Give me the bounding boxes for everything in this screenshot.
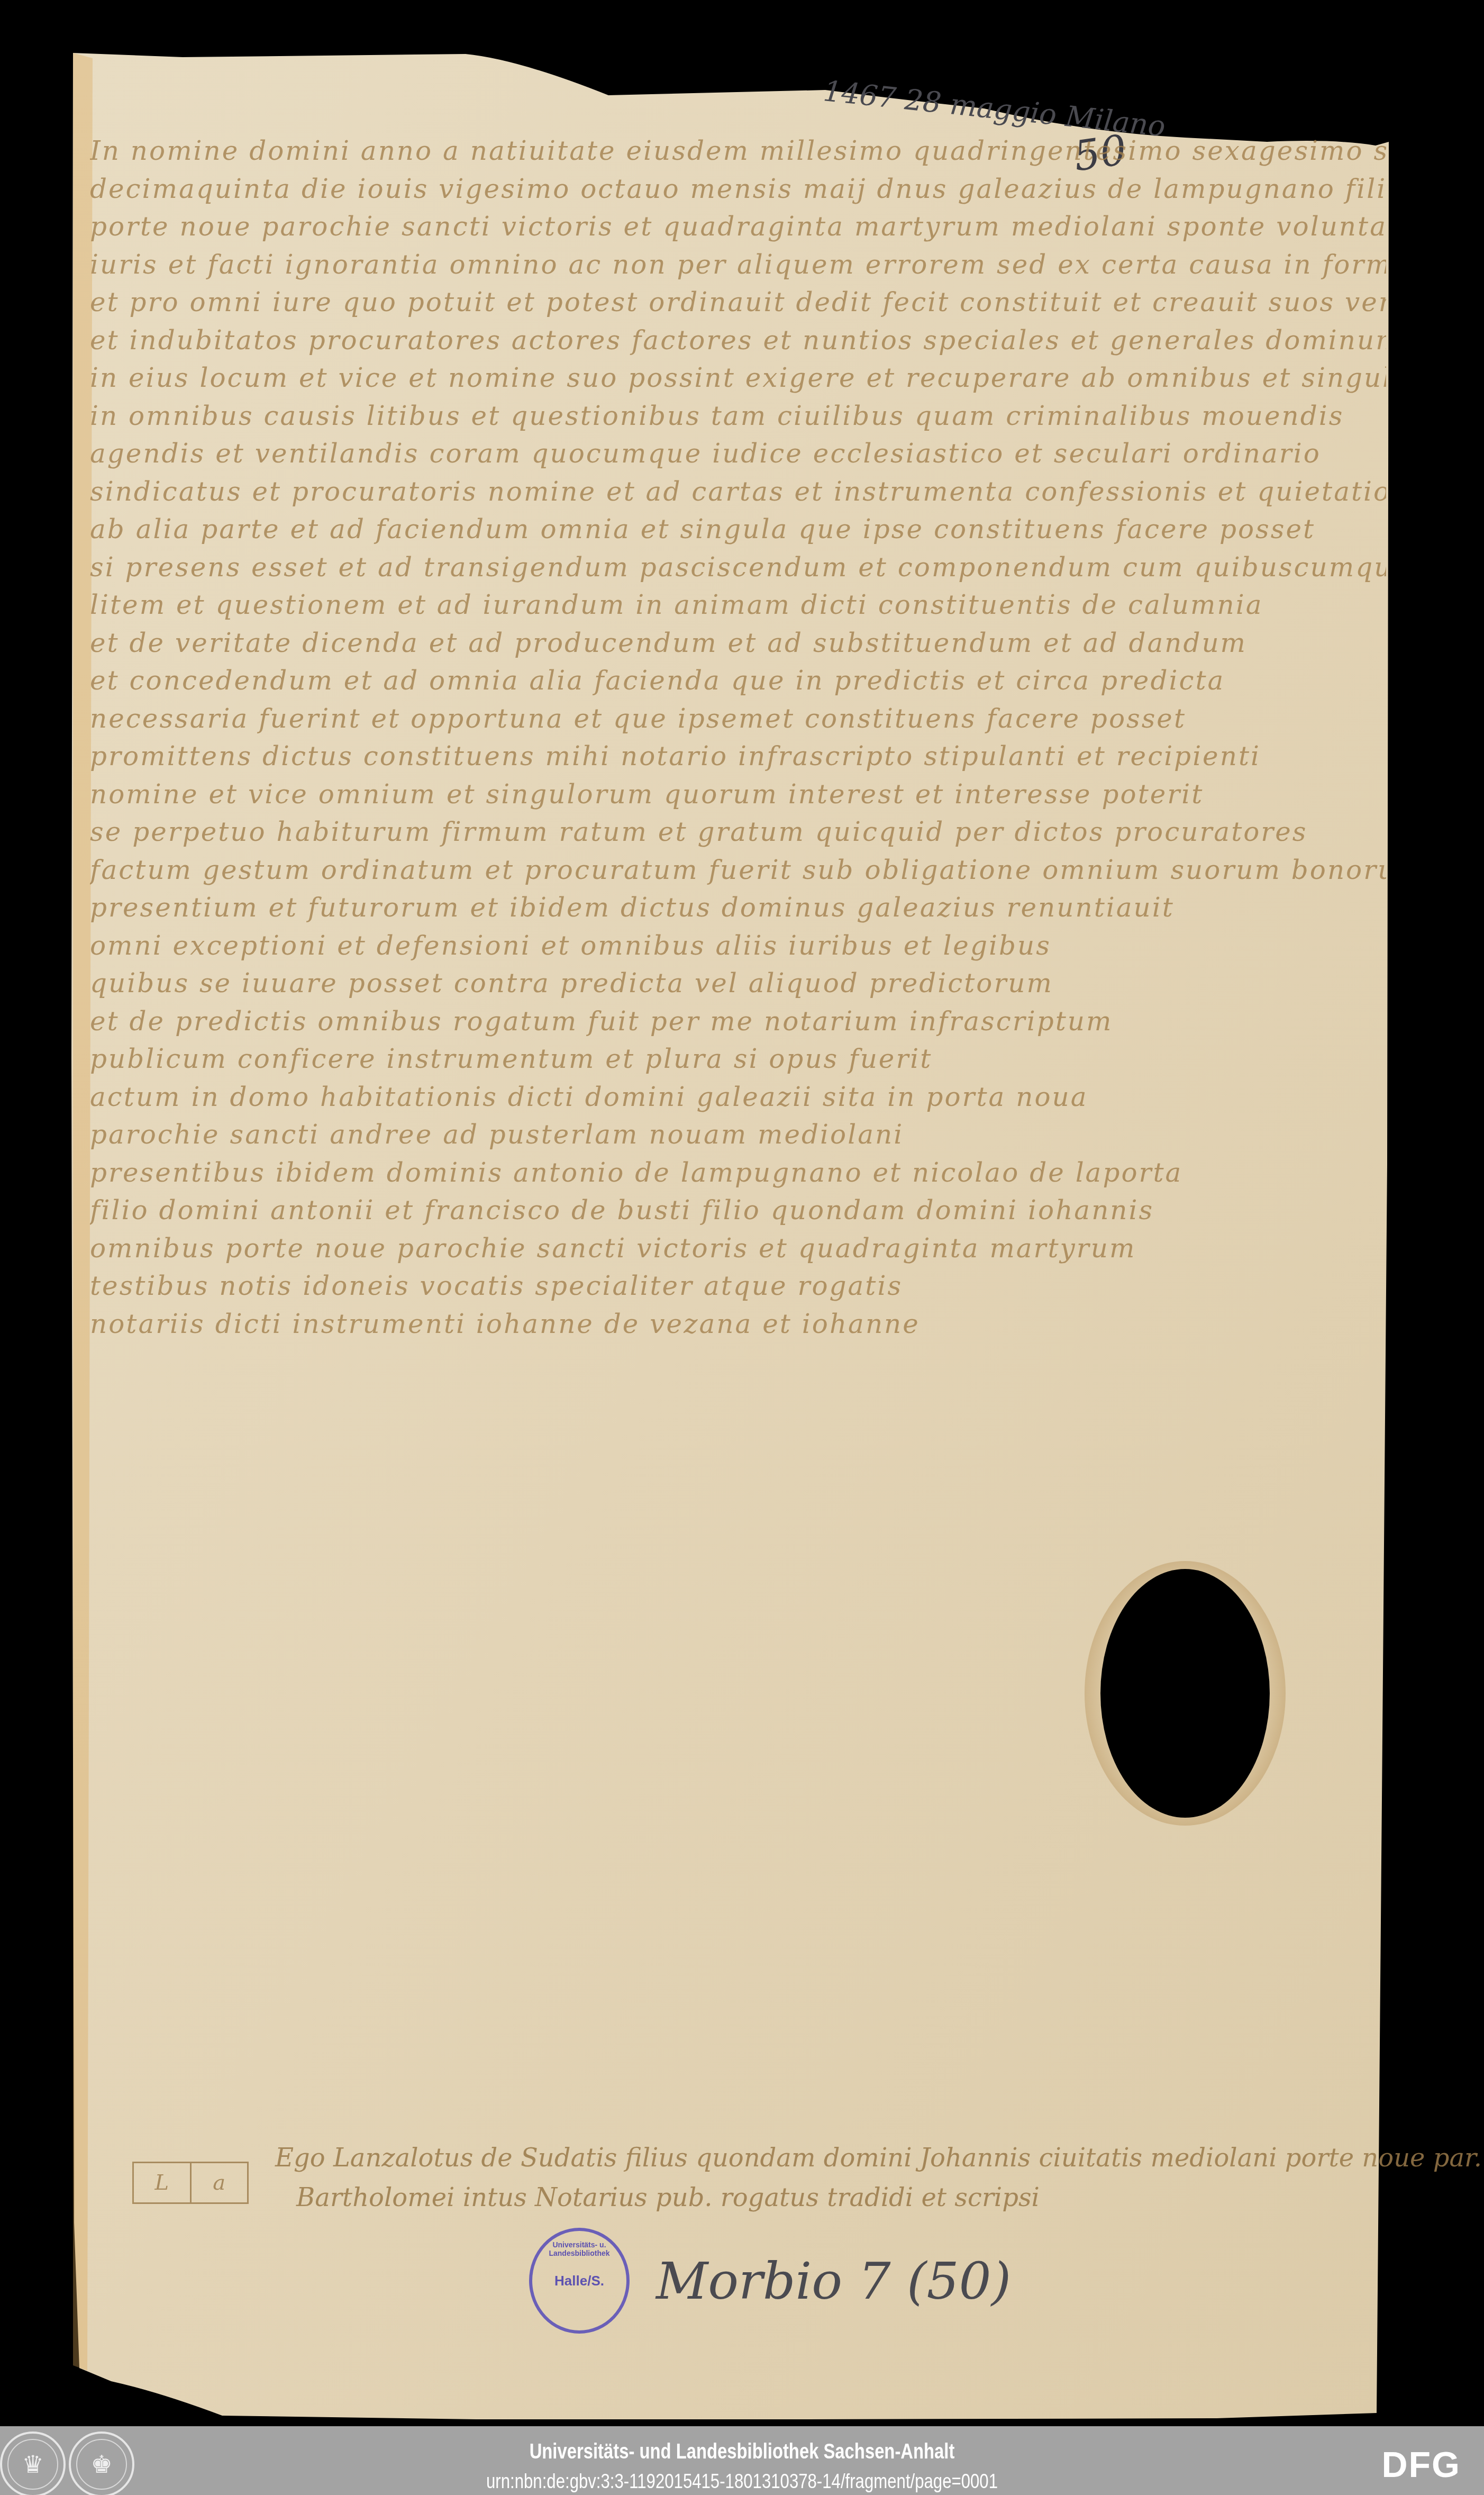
text-line: filio domini antonii et francisco de bus… [90, 1192, 1386, 1230]
text-line: sindicatus et procuratoris nomine et ad … [90, 473, 1386, 511]
text-line: omni exceptioni et defensioni et omnibus… [90, 927, 1386, 965]
text-line [90, 1759, 1386, 1798]
text-line: litem et questionem et ad iurandum in an… [90, 586, 1386, 624]
text-line [90, 2024, 1386, 2062]
notary-subscription-line-2: Bartholomei intus Notarius pub. rogatus … [296, 2183, 1040, 2212]
signum-right-letter: a [190, 2163, 248, 2202]
signum-left-letter: L [134, 2163, 190, 2202]
text-line [90, 1494, 1386, 1532]
text-line [90, 1873, 1386, 1911]
text-line: et concedendum et ad omnia alia facienda… [90, 662, 1386, 700]
notary-signum: L a [132, 2162, 249, 2204]
text-line [90, 1721, 1386, 1759]
text-line [90, 1608, 1386, 1646]
text-line: necessaria fuerint et opportuna et que i… [90, 700, 1386, 738]
text-line: si presens esset et ad transigendum pasc… [90, 549, 1386, 587]
text-line: decimaquinta die iouis vigesimo octauo m… [90, 170, 1386, 208]
text-line [90, 1684, 1386, 1722]
text-line [90, 1835, 1386, 1873]
library-ownership-stamp: Universitäts- u. Landesbibliothek Halle/… [529, 2228, 630, 2334]
text-line: presentium et futurorum et ibidem dictus… [90, 889, 1386, 927]
text-line: porte noue parochie sancti victoris et q… [90, 208, 1386, 246]
text-line [90, 1419, 1386, 1457]
text-line [90, 1532, 1386, 1571]
text-line: iuris et facti ignorantia omnino ac non … [90, 246, 1386, 284]
stamp-center-text: Halle/S. [554, 2273, 604, 2289]
dfg-logo: DFG [1381, 2444, 1461, 2485]
parchment-document: 1467 28 maggio Milano 50 In nomine domin… [0, 0, 1484, 2424]
text-line [90, 1948, 1386, 1986]
text-line [90, 1986, 1386, 2025]
text-line: nomine et vice omnium et singulorum quor… [90, 776, 1386, 814]
text-line [90, 1457, 1386, 1495]
text-line [90, 1343, 1386, 1381]
text-line: publicum conficere instrumentum et plura… [90, 1040, 1386, 1078]
charter-body-text: In nomine domini anno a natiuitate eiusd… [90, 132, 1386, 2100]
footer-text: Universitäts- und Landesbibliothek Sachs… [0, 2439, 1484, 2495]
shelfmark-annotation: Morbio 7 (50) [656, 2252, 1011, 2311]
text-line [90, 1797, 1386, 1835]
notary-subscription-line-1: Ego Lanzalotus de Sudatis filius quondam… [275, 2143, 1484, 2173]
text-line: in eius locum et vice et nomine suo poss… [90, 359, 1386, 397]
text-line: et indubitatos procuratores actores fact… [90, 322, 1386, 360]
text-line [90, 1646, 1386, 1684]
text-line: ab alia parte et ad faciendum omnia et s… [90, 511, 1386, 549]
text-line [90, 2062, 1386, 2100]
stamp-ring-text: Universitäts- u. Landesbibliothek [532, 2240, 626, 2257]
text-line: testibus notis idoneis vocatis specialit… [90, 1267, 1386, 1305]
institution-name: Universitäts- und Landesbibliothek Sachs… [133, 2439, 1350, 2464]
text-line: et pro omni iure quo potuit et potest or… [90, 284, 1386, 322]
urn-identifier[interactable]: urn:nbn:de:gbv:3:3-1192015415-1801310378… [133, 2469, 1350, 2495]
text-line: In nomine domini anno a natiuitate eiusd… [90, 132, 1386, 170]
text-line: et de predictis omnibus rogatum fuit per… [90, 1003, 1386, 1041]
text-line: factum gestum ordinatum et procuratum fu… [90, 851, 1386, 890]
text-line: promittens dictus constituens mihi notar… [90, 738, 1386, 776]
text-line [90, 1381, 1386, 1419]
image-viewport: 1467 28 maggio Milano 50 In nomine domin… [0, 0, 1484, 2424]
text-line: omnibus porte noue parochie sancti victo… [90, 1230, 1386, 1268]
text-line: parochie sancti andree ad pusterlam noua… [90, 1116, 1386, 1154]
text-line: et de veritate dicenda et ad producendum… [90, 624, 1386, 663]
text-line: se perpetuo habiturum firmum ratum et gr… [90, 813, 1386, 851]
viewer-footer: ♛ ♚ Universitäts- und Landesbibliothek S… [0, 2426, 1484, 2495]
text-line: actum in domo habitationis dicti domini … [90, 1078, 1386, 1117]
text-line: presentibus ibidem dominis antonio de la… [90, 1154, 1386, 1192]
text-line: agendis et ventilandis coram quocumque i… [90, 435, 1386, 473]
text-line [90, 1911, 1386, 1949]
text-line: notariis dicti instrumenti iohanne de ve… [90, 1305, 1386, 1344]
text-line: in omnibus causis litibus et questionibu… [90, 397, 1386, 436]
text-line: quibus se iuuare posset contra predicta … [90, 965, 1386, 1003]
text-line [90, 1570, 1386, 1608]
